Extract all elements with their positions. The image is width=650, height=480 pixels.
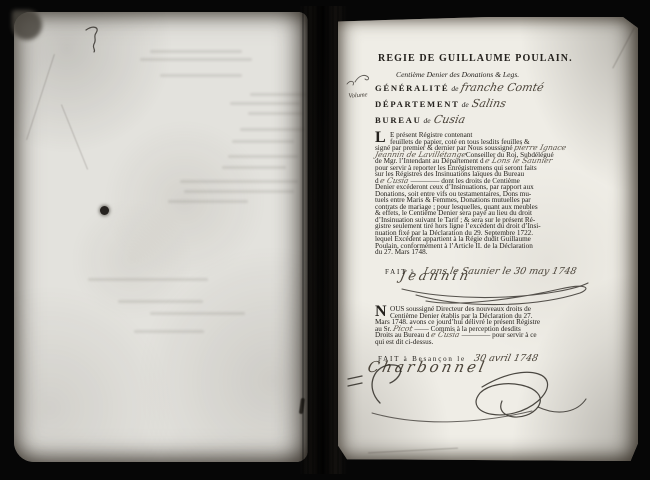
ghost-text-line — [180, 180, 298, 183]
ghost-text-line — [160, 74, 242, 77]
ghost-text-line — [228, 155, 298, 158]
text-line: qui est dit ci-dessus. — [375, 339, 540, 346]
printed-text: ———— pour servir à ce — [460, 331, 537, 339]
drop-cap: L — [375, 130, 386, 146]
archival-book-scan: Volume REGIE DE GUILLAUME POULAIN. Centi… — [0, 0, 650, 480]
register-title: REGIE DE GUILLAUME POULAIN. — [378, 53, 573, 64]
printed-text: qui est dit ci-dessus. — [375, 338, 433, 346]
printed-label: BUREAU — [375, 115, 422, 125]
field-row: BUREAUdeCusia — [375, 110, 544, 126]
printed-label: de — [424, 116, 431, 125]
handwritten-value: Salins — [470, 97, 507, 110]
signature-flourish-icon — [342, 353, 592, 429]
ghost-text-line — [150, 312, 245, 315]
field-row: DÉPARTEMENTdeSalins — [375, 94, 544, 110]
volume-label: Volume — [341, 91, 375, 100]
printed-label: de — [451, 84, 458, 93]
ghost-text-line — [134, 330, 204, 333]
ghost-text-line — [232, 140, 294, 143]
ink-blot — [100, 206, 109, 215]
printed-text: du 27. Mars 1748. — [375, 248, 428, 256]
text-line: du 27. Mars 1748. — [375, 249, 566, 256]
handwritten-text: pierre Ignace — [514, 145, 567, 152]
pen-mark — [84, 24, 104, 54]
administrative-fields: GÉNÉRALITÉdefranche ComtéDÉPARTEMENTdeSa… — [375, 78, 544, 126]
ghost-text-line — [118, 300, 203, 303]
printed-label: de — [462, 100, 469, 109]
ghost-text-line — [184, 190, 294, 193]
printed-label: GÉNÉRALITÉ — [375, 83, 449, 93]
crease-line — [61, 104, 88, 169]
printed-label: DÉPARTEMENT — [375, 99, 460, 109]
ghost-text-line — [240, 128, 305, 131]
handwritten-text: Picot — [392, 326, 413, 333]
handwritten-value: Cusia — [432, 113, 466, 126]
ghost-text-line — [248, 112, 303, 115]
handwritten-text: e Lons le Saunier — [485, 158, 554, 165]
corner-smudge — [12, 10, 42, 40]
ghost-text-line — [230, 102, 300, 105]
handwritten-text: e Cusia — [431, 332, 461, 339]
ghost-text-line — [150, 50, 242, 53]
crease-line — [368, 448, 458, 454]
left-page — [14, 12, 308, 462]
drop-cap: N — [375, 304, 387, 320]
handwritten-value: franche Comté — [460, 81, 545, 94]
field-row: GÉNÉRALITÉdefranche Comté — [375, 78, 544, 94]
handwritten-text: Jeannin de Lavillétange — [374, 152, 466, 159]
delivery-paragraph: NOUS soussigné Directeur des nouveaux dr… — [375, 306, 540, 345]
paper-stain-texture — [14, 12, 308, 462]
ghost-text-line — [168, 200, 248, 203]
handwritten-text: e Cusia — [380, 178, 410, 185]
right-page: Volume REGIE DE GUILLAUME POULAIN. Centi… — [338, 17, 638, 461]
ghost-text-line — [222, 166, 286, 169]
opening-paragraph: LE présent Régistre contenantfeuillets d… — [375, 132, 566, 256]
ghost-text-line — [88, 278, 208, 281]
paraph-flourish-icon — [345, 73, 371, 87]
volume-margin-note: Volume — [341, 73, 375, 99]
crease-line — [612, 27, 634, 68]
ghost-text-line — [140, 58, 252, 61]
crease-line — [26, 54, 55, 140]
